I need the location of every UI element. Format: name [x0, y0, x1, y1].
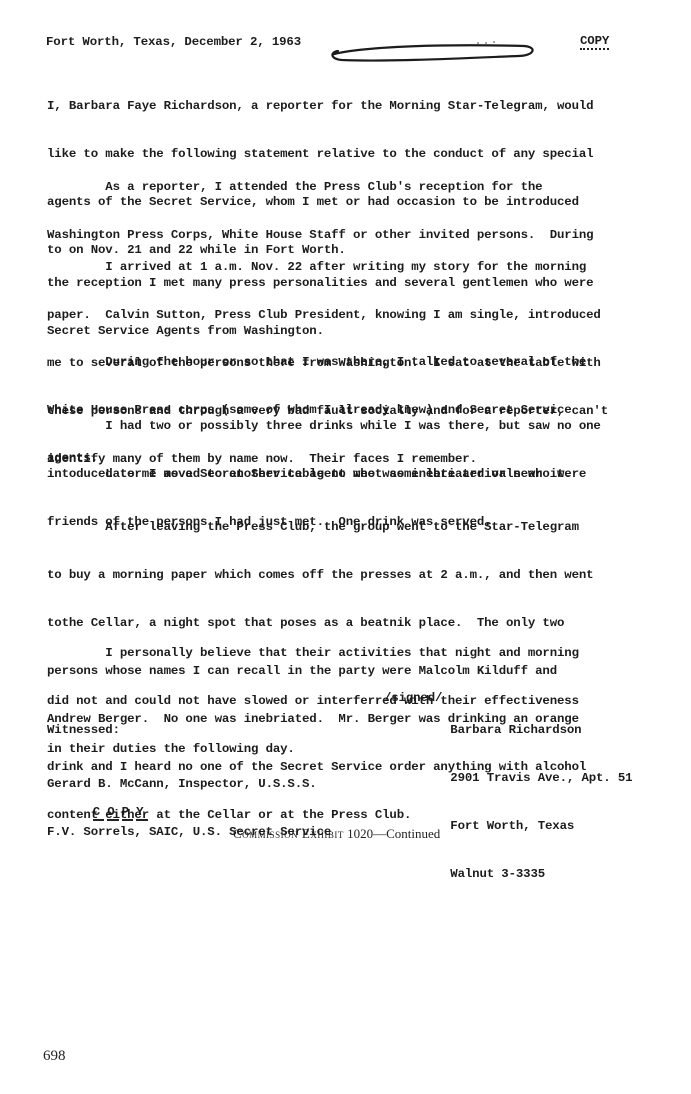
text-line: During the hour or so that I was there, …	[47, 354, 586, 370]
signer-address: 2901 Travis Ave., Apt. 51	[450, 770, 632, 786]
signer-phone: Walnut 3-3335	[450, 866, 632, 882]
signed-label: /signed/	[384, 690, 442, 914]
text-line: I personally believe that their activiti…	[47, 645, 579, 661]
exhibit-number: 1020	[347, 826, 373, 841]
copy-letter: Y	[136, 806, 147, 821]
exhibit-caption: Commission Exhibit 1020—Continued	[233, 826, 440, 842]
text-line: I, Barbara Faye Richardson, a reporter f…	[47, 98, 593, 114]
redaction-scribble	[328, 38, 538, 64]
page-number: 698	[43, 1048, 66, 1065]
exhibit-label: Commission Exhibit	[233, 826, 344, 841]
signer-name: Barbara Richardson	[450, 722, 632, 738]
text-line: As a reporter, I attended the Press Club…	[47, 179, 593, 195]
text-line: Later I moved to another table to meet s…	[47, 466, 586, 482]
copy-letter: C	[93, 806, 104, 821]
signer-city: Fort Worth, Texas	[450, 818, 632, 834]
signature-lines: Barbara Richardson 2901 Travis Ave., Apt…	[450, 690, 632, 914]
witness-label: Witnessed:	[47, 722, 331, 738]
signature-block: /signed/ Barbara Richardson 2901 Travis …	[384, 690, 632, 914]
copy-footer-mark: COPY	[47, 788, 151, 837]
text-line: paper. Calvin Sutton, Press Club Preside…	[47, 307, 608, 323]
document-page: Fort Worth, Texas, December 2, 1963 COPY…	[0, 0, 691, 1094]
copy-letter: P	[122, 806, 133, 821]
exhibit-suffix: —Continued	[373, 826, 440, 841]
text-line: I had two or possibly three drinks while…	[47, 418, 601, 434]
text-line: to buy a morning paper which comes off t…	[47, 567, 593, 583]
text-line: I arrived at 1 a.m. Nov. 22 after writin…	[47, 259, 608, 275]
copy-mark: COPY	[580, 34, 609, 50]
copy-letter: O	[107, 806, 118, 821]
witness-block: Witnessed: Gerard B. McCann, Inspector, …	[47, 690, 331, 872]
text-line: After leaving the Press Club, the group …	[47, 519, 593, 535]
dateline: Fort Worth, Texas, December 2, 1963	[46, 34, 301, 50]
